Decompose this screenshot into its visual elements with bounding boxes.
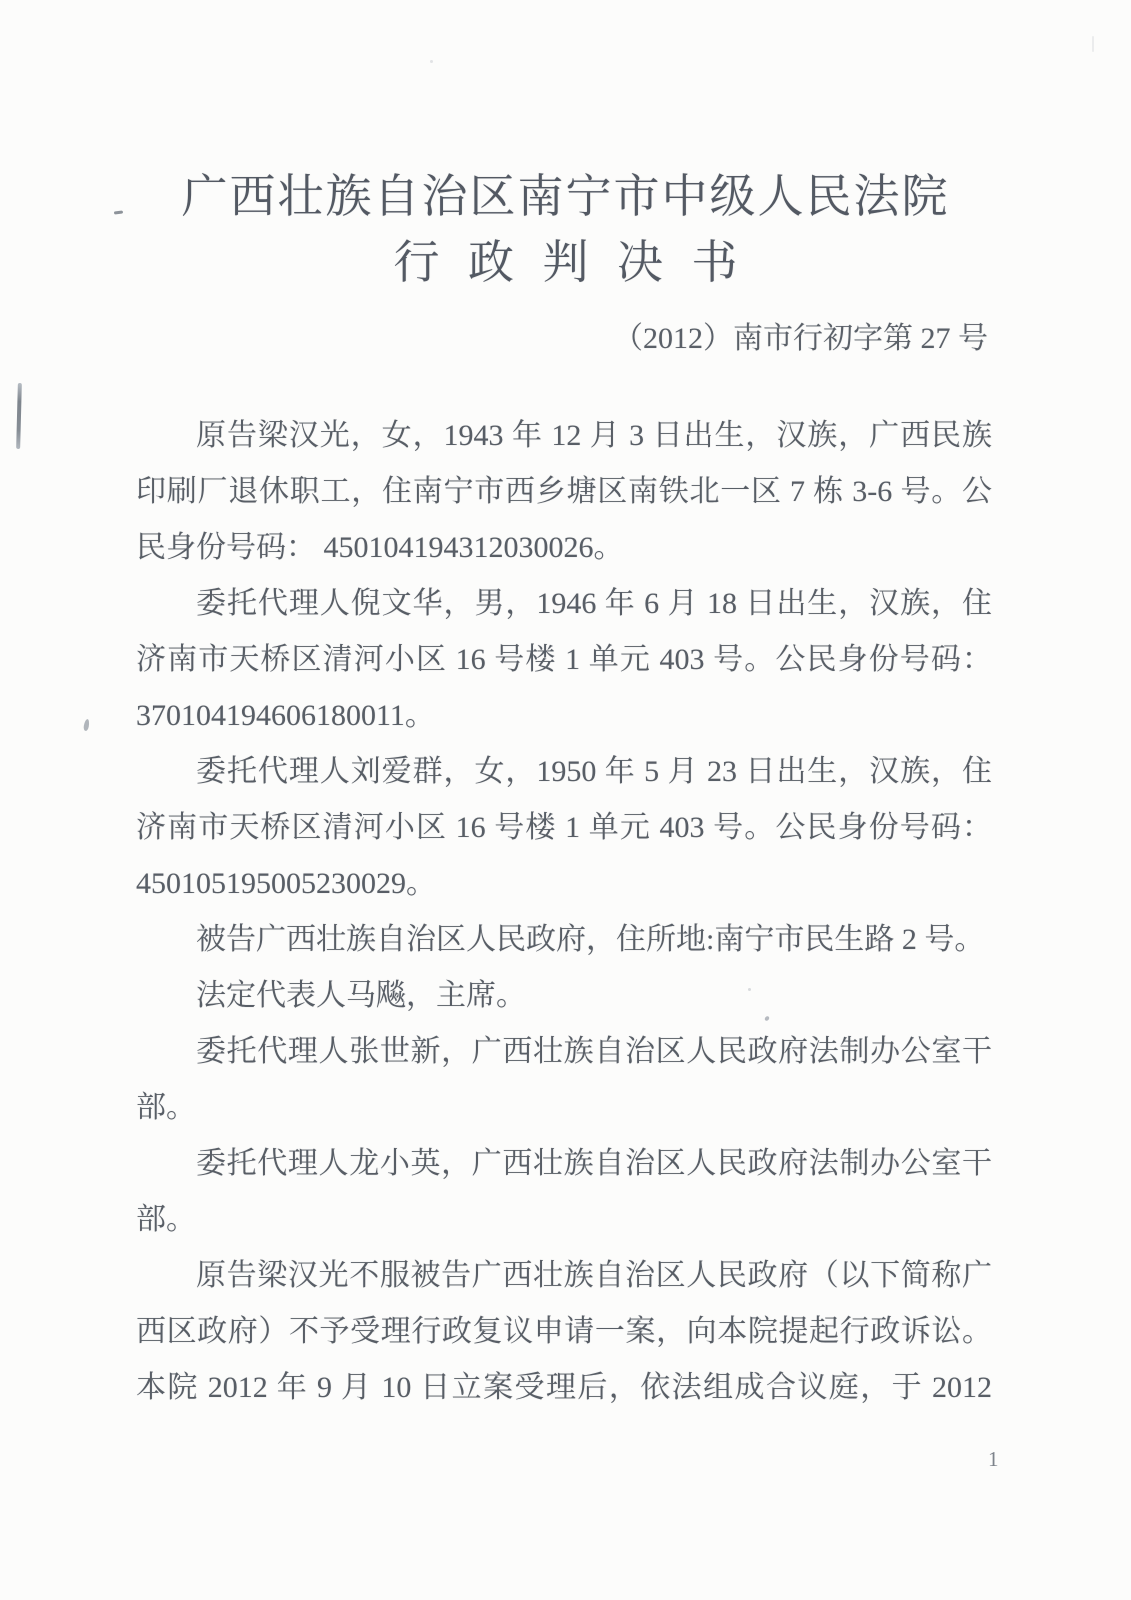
body-line: 济南市天桥区清河小区 16 号楼 1 单元 403 号。公民身份号码： — [136, 632, 992, 688]
scan-artifact-vertical-line — [16, 383, 22, 449]
paragraph-plaintiff: 原告梁汉光，女，1943 年 12 月 3 日出生，汉族，广西民族 印刷厂退休职… — [136, 408, 992, 576]
case-number: （2012）南市行初字第 27 号 — [613, 313, 988, 357]
paragraph-case-summary: 原告梁汉光不服被告广西壮族自治区人民政府（以下简称广 西区政府）不予受理行政复议… — [136, 1248, 992, 1416]
court-name-title: 广西壮族自治区南宁市中级人民法院 — [0, 160, 1131, 226]
document-type-text: 行政判决书 — [393, 237, 766, 288]
scan-artifact-speck — [1092, 36, 1094, 52]
body-line: 本院 2012 年 9 月 10 日立案受理后，依法组成合议庭，于 2012 — [136, 1360, 992, 1416]
body-line: 委托代理人张世新，广西壮族自治区人民政府法制办公室干 — [136, 1024, 992, 1080]
paragraph-defendant: 被告广西壮族自治区人民政府，住所地:南宁市民生路 2 号。 — [136, 912, 992, 968]
page-number: 1 — [988, 1447, 999, 1472]
body-line: 原告梁汉光，女，1943 年 12 月 3 日出生，汉族，广西民族 — [136, 408, 992, 464]
body-line: 委托代理人倪文华，男，1946 年 6 月 18 日出生，汉族，住 — [136, 576, 992, 632]
body-line: 370104194606180011。 — [136, 688, 992, 744]
body-line: 部。 — [136, 1080, 992, 1136]
body-line: 委托代理人刘爱群，女，1950 年 5 月 23 日出生，汉族，住 — [136, 744, 992, 800]
scanned-judgment-page: 广西壮族自治区南宁市中级人民法院 行政判决书 （2012）南市行初字第 27 号… — [0, 0, 1131, 1600]
body-line: 部。 — [136, 1192, 992, 1248]
body-line: 被告广西壮族自治区人民政府，住所地:南宁市民生路 2 号。 — [136, 912, 992, 968]
scan-artifact-speck — [430, 60, 433, 63]
document-type-title: 行政判决书 — [0, 226, 1131, 292]
body-line: 原告梁汉光不服被告广西壮族自治区人民政府（以下简称广 — [136, 1248, 992, 1304]
body-line: 西区政府）不予受理行政复议申请一案，向本院提起行政诉讼。 — [136, 1304, 992, 1360]
paragraph-defendant-agent-1: 委托代理人张世新，广西壮族自治区人民政府法制办公室干 部。 — [136, 1024, 992, 1136]
body-line: 委托代理人龙小英，广西壮族自治区人民政府法制办公室干 — [136, 1136, 992, 1192]
body-line: 印刷厂退休职工，住南宁市西乡塘区南铁北一区 7 栋 3-6 号。公 — [136, 464, 992, 520]
paragraph-defendant-agent-2: 委托代理人龙小英，广西壮族自治区人民政府法制办公室干 部。 — [136, 1136, 992, 1248]
paragraph-agent-1: 委托代理人倪文华，男，1946 年 6 月 18 日出生，汉族，住 济南市天桥区… — [136, 576, 992, 744]
body-line: 民身份号码： 450104194312030026。 — [136, 520, 992, 576]
scan-artifact-comma — [83, 719, 90, 732]
body-line: 济南市天桥区清河小区 16 号楼 1 单元 403 号。公民身份号码： — [136, 800, 992, 856]
judgment-body: 原告梁汉光，女，1943 年 12 月 3 日出生，汉族，广西民族 印刷厂退休职… — [136, 408, 992, 1416]
paragraph-legal-representative: 法定代表人马飚，主席。 — [136, 968, 992, 1024]
body-line: 450105195005230029。 — [136, 856, 992, 912]
paragraph-agent-2: 委托代理人刘爱群，女，1950 年 5 月 23 日出生，汉族，住 济南市天桥区… — [136, 744, 992, 912]
body-line: 法定代表人马飚，主席。 — [136, 968, 992, 1024]
